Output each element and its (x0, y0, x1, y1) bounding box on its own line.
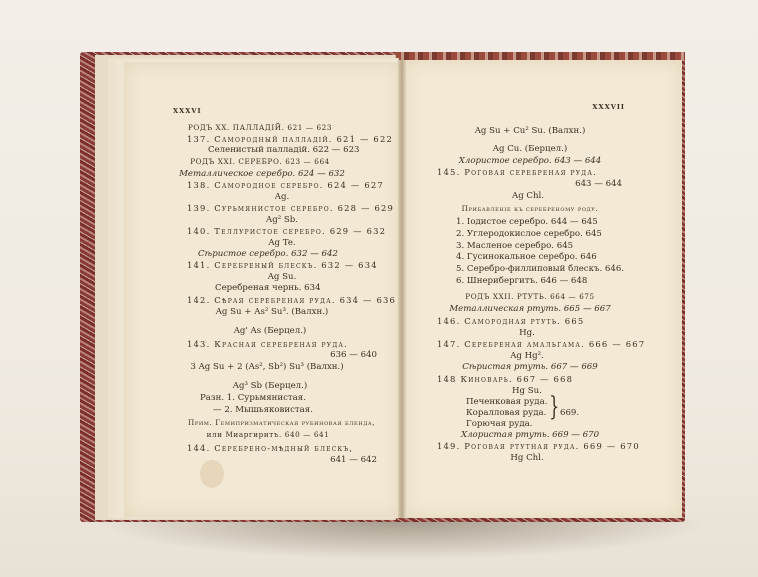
formula: 3 Ag Su + 2 (As², Sb²) Su³ (Валхн.) (190, 363, 343, 372)
entry-line: — 2. Мышьяковистая. (213, 406, 313, 415)
species-entry: 142. Сѣрая серебреная руда. 634 — 636 (187, 296, 396, 304)
cover-edge (395, 52, 685, 60)
appendix-item: 1. Іодистое серебро. 644 — 645 (456, 218, 598, 227)
appendix-item: 6. Шнерибергитъ. 646 — 648 (456, 277, 587, 286)
species-entry: 144. Серебрено-мѣдный блескъ, (187, 444, 353, 452)
species-entry: 149. Роговая ртутная руда. 669 — 670 (437, 442, 640, 450)
note-line: или Миаргиритъ. 640 — 641 (207, 431, 330, 438)
species-entry: 140. Теллуристое серебро. 629 — 632 (187, 227, 386, 235)
genus-heading: РОДЪ XXII. РТУТЬ. 664 — 675 (465, 293, 594, 300)
entry-line: Разн. 1. Сурьмянистая. (200, 394, 306, 403)
formula: Ag Su. (268, 273, 297, 282)
formula: Ag' As (Берцел.) (234, 327, 307, 336)
formula: Ag. (275, 193, 289, 202)
paper-stain (200, 460, 224, 488)
formula: Hg Chl. (510, 454, 543, 463)
page-range: 669. (560, 409, 579, 418)
formula: Ag Chl. (512, 192, 544, 201)
appendix-item: 5. Серебро-филлиповый блескъ. 646. (456, 265, 624, 274)
species-entry: 137. Самородный палладій. 621 — 622 (187, 135, 393, 143)
species-entry: 139. Сурьмянистое серебро. 628 — 629 (187, 204, 394, 212)
entry-line: Серебреная чернь. 634 (215, 284, 321, 293)
formula: Ag Te. (268, 239, 295, 248)
genus-heading: РОДЪ XXI. СЕРЕБРО. 623 — 664 (190, 158, 330, 165)
formula: Ag Cu. (Берцел.) (493, 145, 567, 154)
appendix-item: 3. Масленое серебро. 645 (456, 242, 573, 251)
curly-brace: } (549, 394, 559, 420)
species-entry: 141. Серебреный блескъ. 632 — 634 (187, 261, 378, 269)
appendix-item: 4. Гусинокальное серебро. 646 (456, 253, 597, 262)
group-heading: Сѣристое серебро. 632 — 642 (198, 250, 338, 259)
group-heading: Хлористое серебро. 643 — 644 (459, 157, 602, 166)
entry-line: Селенистый палладій. 622 — 623 (208, 146, 360, 155)
species-entry: 145. Роговая серебреная руда. (437, 168, 597, 176)
group-heading: Металлическая ртуть. 665 — 667 (449, 305, 610, 314)
genus-heading: РОДЪ XX. ПАЛЛАДІЙ. 621 — 623 (188, 124, 332, 131)
variety-item: Горючая руда. (466, 420, 533, 429)
group-heading: Сѣристая ртуть. 667 — 669 (462, 363, 598, 372)
species-entry: 143. Красная серебреная руда. (187, 340, 348, 348)
species-entry: 147. Серебреная амальгама. 666 — 667 (437, 340, 645, 348)
formula: Ag² Sb. (266, 216, 298, 225)
folio-right: XXXVII (592, 104, 625, 111)
appendix-heading: Прибавленіе къ серебреному роду. (462, 205, 599, 212)
group-heading: Металлическое серебро. 624 — 632 (179, 170, 345, 179)
variety-item: Коралловая руда. (466, 409, 546, 418)
formula: Hg. (519, 329, 535, 338)
formula: Ag Hg². (510, 352, 544, 361)
page-range: 643 — 644 (575, 180, 622, 189)
appendix-item: 2. Углеродокислое серебро. 645 (456, 230, 602, 239)
page-range: 641 — 642 (330, 456, 377, 465)
variety-item: Печенковая руда. (466, 398, 547, 407)
formula: Ag Su + Cu² Su. (Валхн.) (475, 127, 586, 136)
species-entry: 138. Самородное серебро. 624 — 627 (187, 181, 384, 189)
formula: Ag Su + As² Su³. (Валхн.) (216, 308, 329, 317)
book-gutter (398, 60, 406, 518)
formula: Ag³ Sb (Берцел.) (233, 382, 307, 391)
species-entry: 148 Киноварь. 667 — 668 (437, 375, 573, 383)
page-range: 636 — 640 (330, 351, 377, 360)
note-line: Прим. Гемипризматическая рубиновая бленд… (188, 419, 375, 426)
species-entry: 146. Самородная ртуть. 665 (437, 317, 584, 325)
group-heading: Хлористая ртуть. 669 — 670 (461, 431, 599, 440)
book-shadow (92, 520, 712, 560)
formula: Hg Su. (512, 387, 542, 396)
folio-left: XXXVI (173, 108, 202, 115)
